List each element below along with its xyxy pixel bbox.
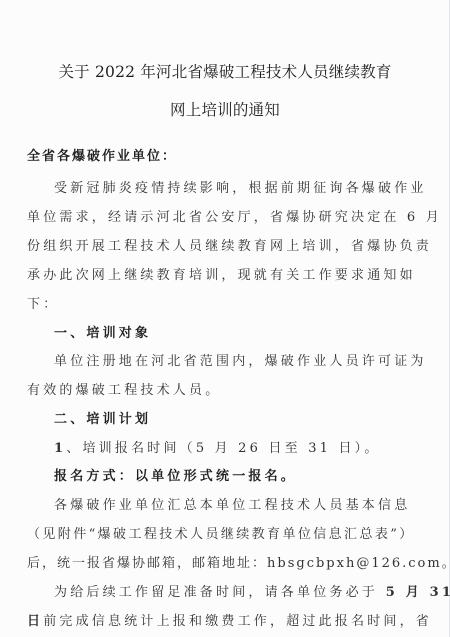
deadline-line-1: 为给后续工作留足准备时间，请各单位务必于 5 月 31 [54,581,444,600]
deadline-line-2: 日前完成信息统计上报和缴费工作，超过此报名时间，省 [27,610,417,629]
deadline-day: 日 [27,614,43,629]
method-line-1: 各爆破作业单位汇总本单位工程技术人员基本信息 [54,494,444,513]
deadline-text: 为给后续工作留足准备时间，请各单位务必于 [54,585,378,600]
intro-line-4: 承办此次网上继续教育培训，现就有关工作要求通知如 [27,264,417,283]
method-line-2: （见附件“爆破工程技术人员继续教育单位信息汇总表”） [27,523,417,542]
intro-line-5: 下： [27,293,417,312]
item-number: 1 [54,441,66,456]
section-1-heading: 一、培训对象 [54,322,444,341]
intro-line-2: 单位需求，经请示河北省公安厅，省爆协研究决定在 6 月 [27,206,417,225]
salutation: 全省各爆破作业单位： [27,145,417,164]
registration-method: 报名方式：以单位形式统一报名。 [54,465,444,484]
section-1-line-1: 单位注册地在河北省范围内，爆破作业人员许可证为 [54,350,444,369]
section-2-heading: 二、培训计划 [54,408,444,427]
deadline-text-2: 前完成信息统计上报和缴费工作，超过此报名时间，省 [43,614,432,629]
method-line-3: 后，统一报省爆协邮箱，邮箱地址：hbsgcbpxh@126.com。 [27,552,417,571]
document-title-line-1: 关于 2022 年河北省爆破工程技术人员继续教育 [0,60,450,82]
document-page: 关于 2022 年河北省爆破工程技术人员继续教育 网上培训的通知 全省各爆破作业… [0,0,450,637]
intro-line-1: 受新冠肺炎疫情持续影响，根据前期征询各爆破作业 [54,177,444,196]
item-text: 、培训报名时间（5 月 26 日至 31 日）。 [66,441,380,456]
section-1-line-2: 有效的爆破工程技术人员。 [27,379,417,398]
intro-line-3: 份组织开展工程技术人员继续教育网上培训，省爆协负责 [27,235,417,254]
deadline-date: 5 月 31 [378,585,450,600]
section-2-item-1: 1、培训报名时间（5 月 26 日至 31 日）。 [54,437,444,456]
document-title-line-2: 网上培训的通知 [0,98,450,120]
